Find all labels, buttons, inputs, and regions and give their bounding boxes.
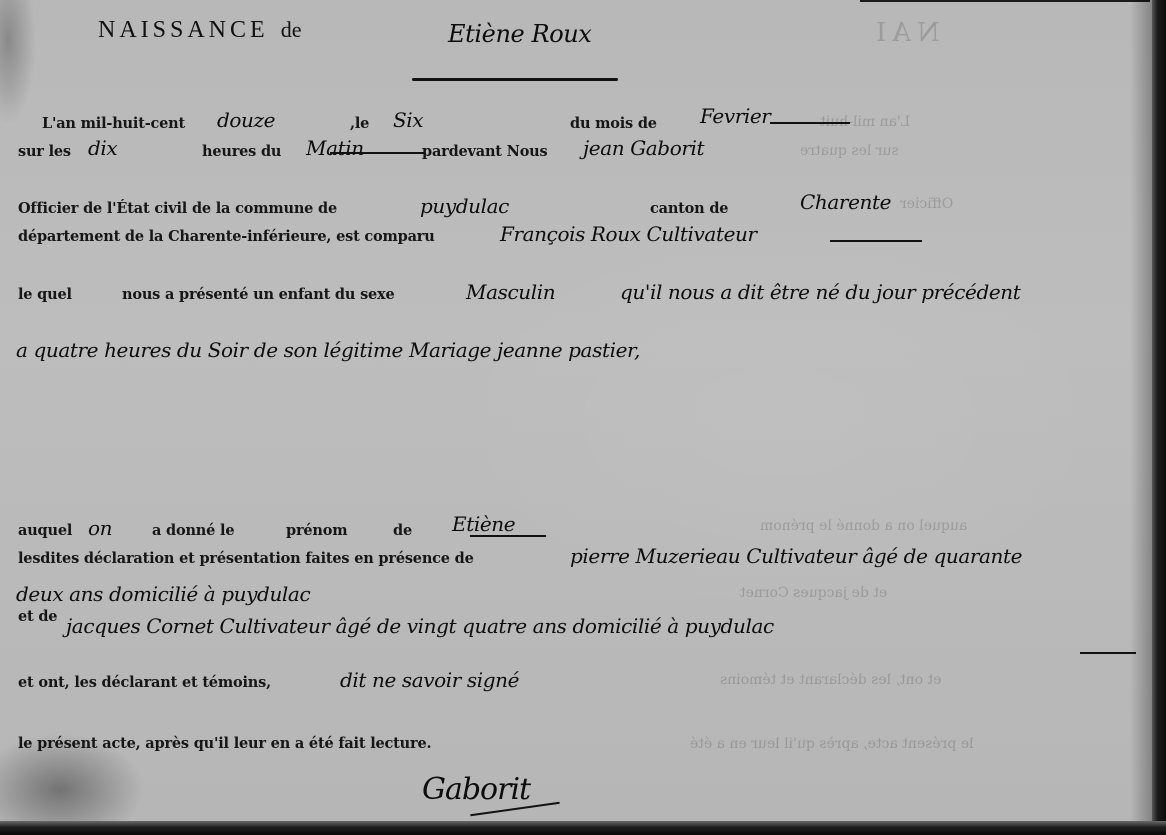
title-de: de — [281, 17, 302, 42]
bleed-through-line: auquel on a donné le prénom — [760, 518, 967, 534]
bleed-through-line: et ont, les déclarant et témoins — [720, 672, 941, 688]
officer-signature: Gaborit — [422, 772, 530, 807]
binding-shadow — [1130, 0, 1152, 835]
header-underline — [412, 78, 618, 81]
text-prenom: prénom — [286, 522, 347, 539]
text-et-ont: et ont, les déclarant et témoins, — [18, 674, 271, 691]
officer-field: jean Gaborit — [583, 136, 704, 160]
text-present-acte: le présent acte, après qu'il leur en a é… — [18, 735, 431, 752]
text-le-quel: le quel — [18, 286, 72, 303]
bleed-through-line: Officier — [900, 196, 953, 212]
text-et-de: et de — [18, 608, 57, 625]
text-sur-les: sur les — [18, 143, 71, 160]
fill-line — [470, 535, 546, 537]
signature-status-field: dit ne savoir signé — [340, 668, 519, 692]
month-field: Fevrier — [700, 104, 770, 128]
text-lan-mil-huit-cent: L'an mil-huit-cent — [42, 115, 185, 132]
sex-field: Masculin — [466, 280, 555, 304]
text-heures-du: heures du — [202, 143, 281, 160]
text-de: de — [393, 522, 412, 539]
text-du-mois-de: du mois de — [570, 115, 657, 132]
top-rule — [860, 0, 1150, 2]
witness2-field: jacques Cornet Cultivateur âgé de vingt … — [66, 614, 774, 638]
birth-details-line: a quatre heures du Soir de son légitime … — [16, 338, 640, 362]
witness1-residence: deux ans domicilié à puydulac — [16, 582, 310, 606]
title-naissance: NAISSANCE — [98, 17, 269, 43]
fill-line — [770, 122, 850, 124]
hour-field: dix — [88, 136, 117, 160]
page-bottom-edge — [0, 821, 1166, 835]
birth-date-note: qu'il nous a dit être né du jour précéde… — [620, 280, 1020, 304]
given-name-field: Etiène — [452, 512, 515, 536]
child-name-header: Etiène Roux — [448, 20, 591, 48]
text-a-donne-le: a donné le — [152, 522, 234, 539]
text-canton-de: canton de — [650, 200, 728, 217]
document-scan: NAI L'an mil-huit sur les quatre Officie… — [0, 0, 1166, 835]
text-pardevant-nous: pardevant Nous — [422, 143, 547, 160]
on-field: on — [88, 516, 112, 540]
record-title: NAISSANCE de — [98, 17, 301, 44]
bleed-through-title: NAI — [870, 18, 940, 48]
canton-field: Charente — [800, 190, 891, 214]
declarant-field: François Roux Cultivateur — [500, 222, 757, 246]
text-lesdites: lesdites déclaration et présentation fai… — [18, 550, 474, 567]
day-field: Six — [393, 108, 423, 132]
text-nous-a-presente: nous a présenté un enfant du sexe — [122, 286, 395, 303]
text-officier: Officier de l'État civil de la commune d… — [18, 200, 337, 217]
year-field: douze — [217, 108, 275, 132]
text-auquel: auquel — [18, 522, 72, 539]
fill-line — [1080, 652, 1136, 654]
text-departement: département de la Charente-inférieure, e… — [18, 228, 435, 245]
bleed-through-line: sur les quatre — [800, 143, 899, 159]
bleed-through-line: le présent acte, après qu'il leur en a é… — [690, 736, 974, 752]
commune-field: puydulac — [420, 194, 509, 218]
witness1-field: pierre Muzerieau Cultivateur âgé de quar… — [570, 544, 1022, 568]
fill-line — [330, 152, 425, 154]
text-le: ,le — [350, 115, 369, 132]
book-binding-edge — [1152, 0, 1166, 835]
fill-line — [830, 240, 922, 242]
bleed-through-line: et de jacques Cornet — [740, 585, 887, 601]
period-field: Matin — [306, 136, 364, 160]
